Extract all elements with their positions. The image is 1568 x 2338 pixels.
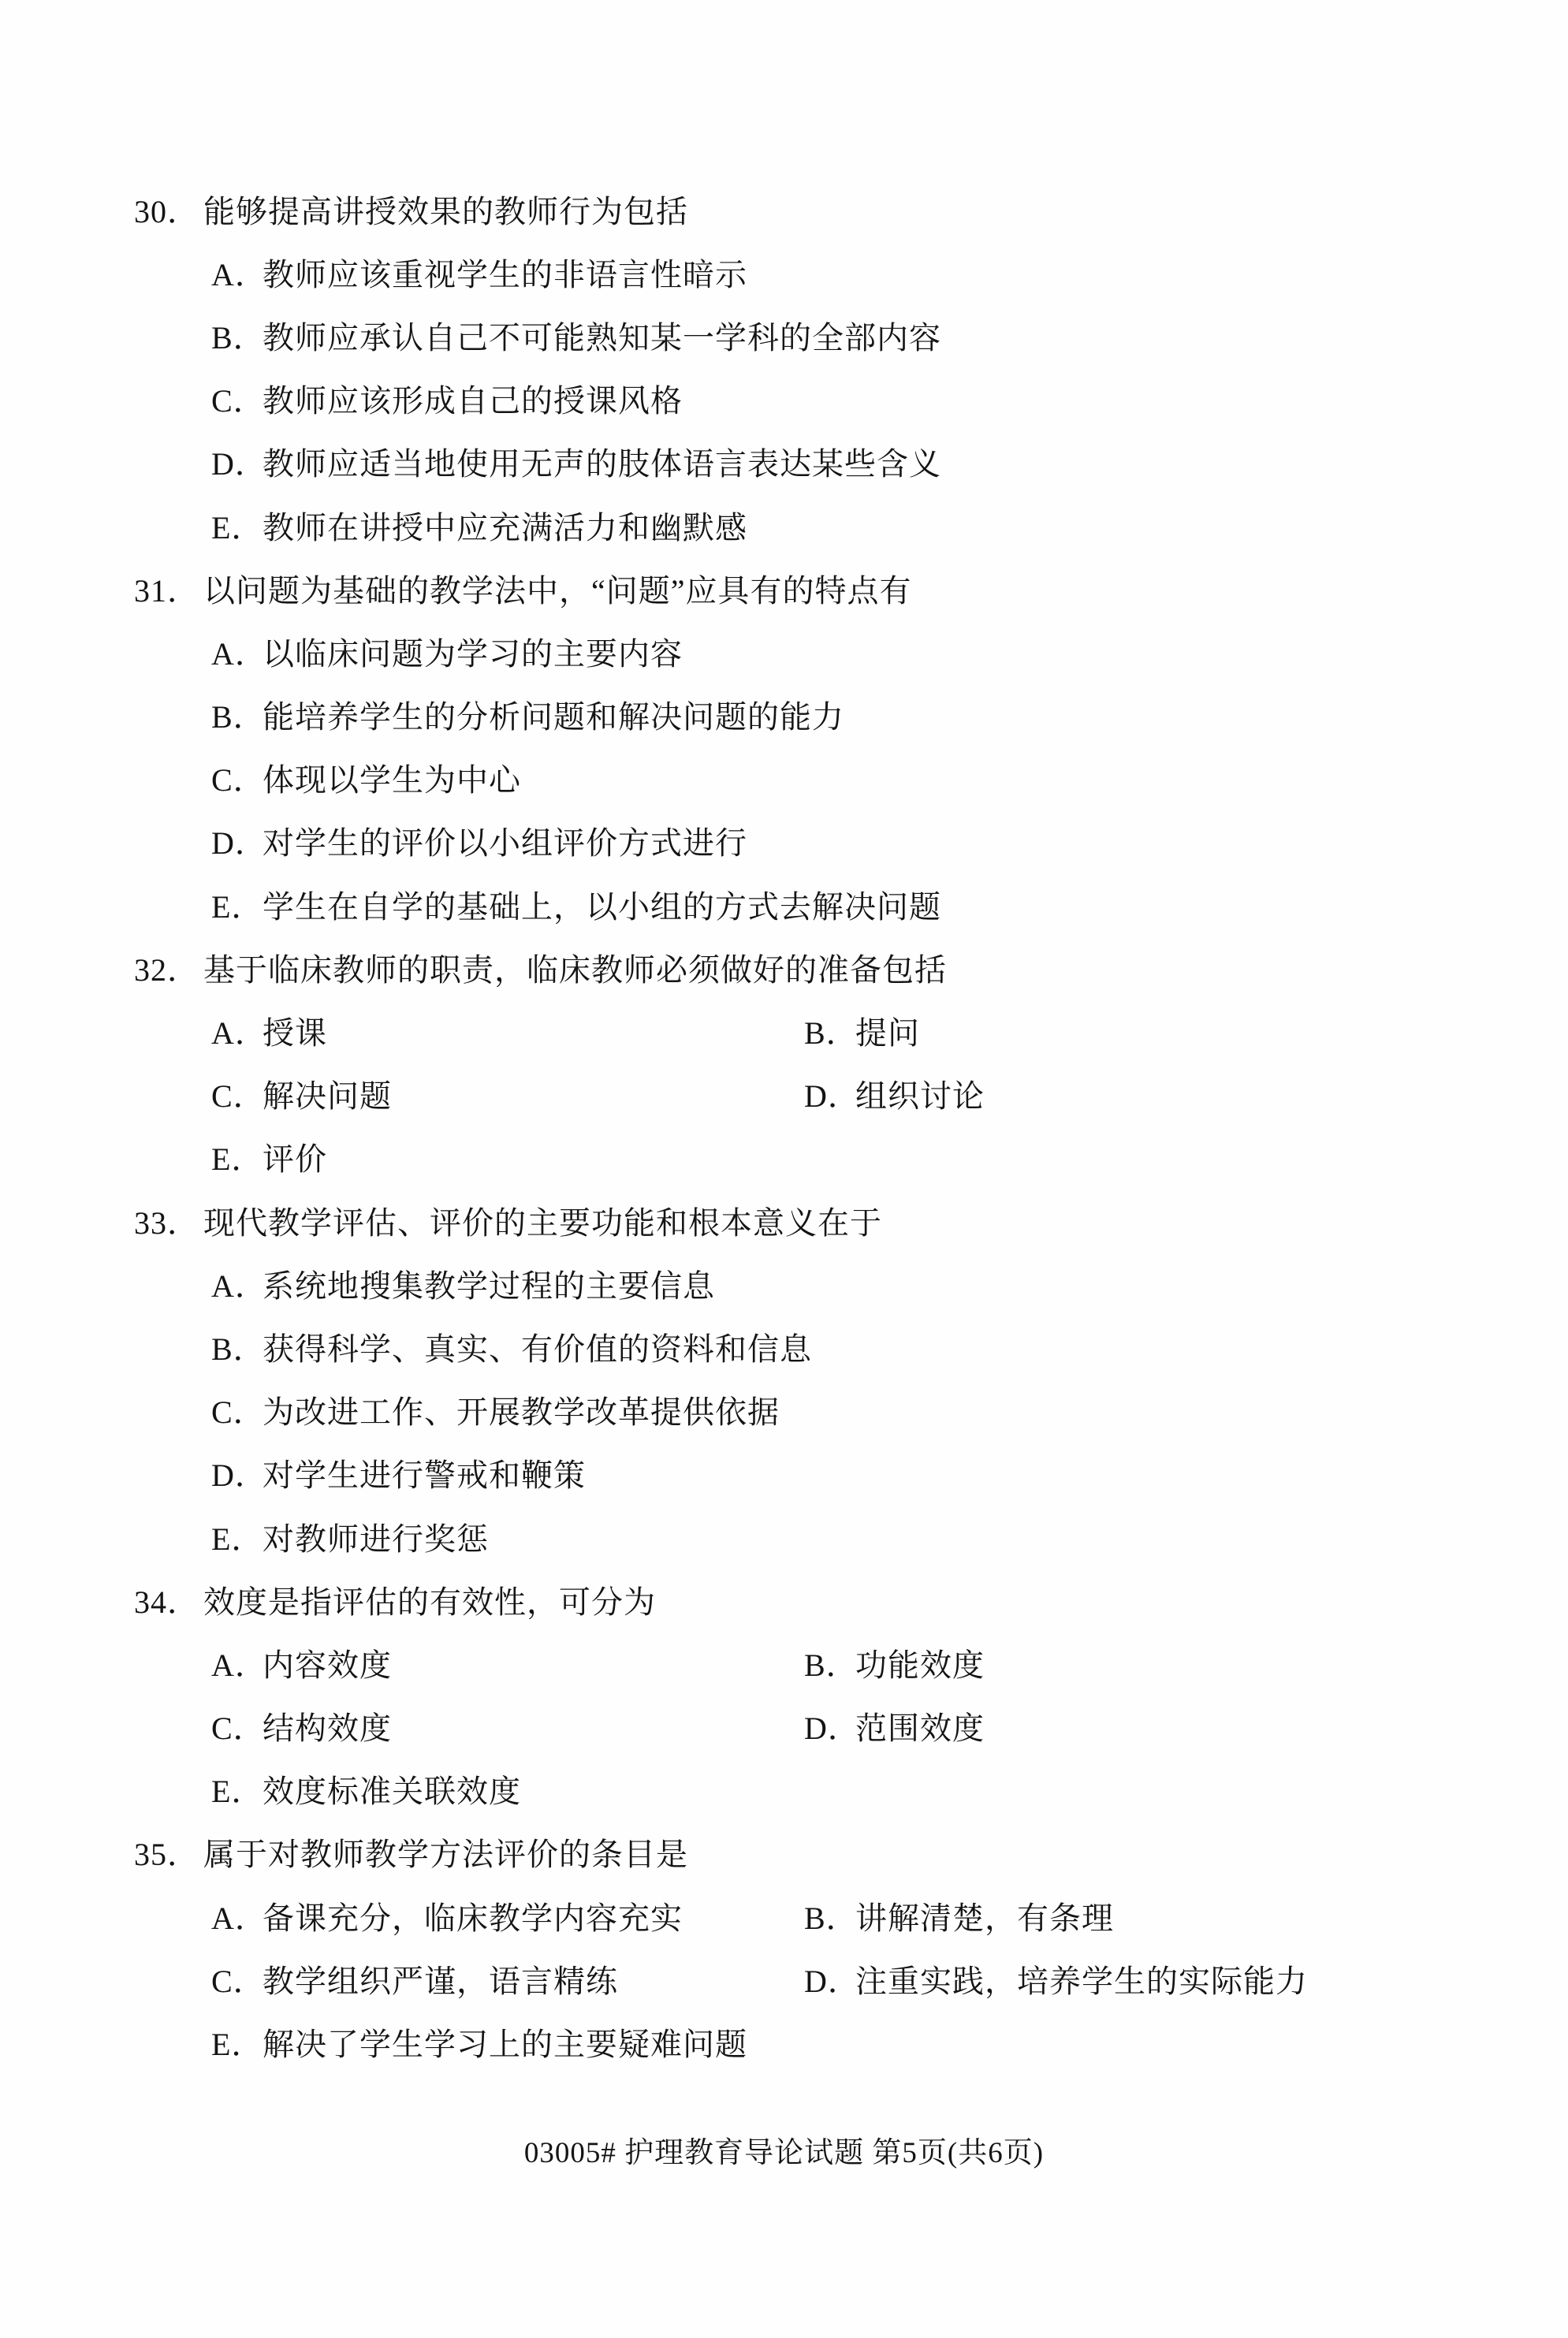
option-row: E． 学生在自学的基础上，以小组的方式去解决问题 (211, 873, 1521, 936)
option-text: 效度标准关联效度 (263, 1767, 521, 1811)
option-label: C． (211, 1956, 263, 2001)
question-title: 现代教学评估、评价的主要功能和根本意义在于 (203, 1198, 882, 1243)
question-title-row: 32． 基于临床教师的职责，临床教师必须做好的准备包括 (134, 936, 1521, 999)
option-row: B． 获得科学、真实、有价值的资料和信息 (211, 1315, 1521, 1378)
question-title: 基于临床教师的职责，临床教师必须做好的准备包括 (203, 945, 947, 990)
option-row: A． 教师应该重视学生的非语言性暗示 (211, 240, 1521, 303)
option-row: A． 以临床问题为学习的主要内容 (211, 620, 1521, 683)
question-33: 33． 现代教学评估、评价的主要功能和根本意义在于 A． 系统地搜集教学过程的主… (134, 1189, 1521, 1568)
question-32: 32． 基于临床教师的职责，临床教师必须做好的准备包括 A． 授课 B． 提问 … (134, 936, 1521, 1189)
option-text: 提问 (855, 1008, 920, 1053)
option-text: 讲解清楚，有条理 (855, 1893, 1114, 1938)
option-text: 教师应承认自己不可能熟知某一学科的全部内容 (263, 313, 941, 358)
option-label: D． (211, 818, 263, 863)
option-label: E． (211, 882, 263, 927)
option: C． 结构效度 (211, 1703, 804, 1748)
option: C． 教学组织严谨，语言精练 (211, 1956, 804, 2001)
question-35: 35． 属于对教师教学方法评价的条目是 A． 备课充分，临床教学内容充实 B． … (134, 1821, 1521, 2074)
option-row: A． 系统地搜集教学过程的主要信息 (211, 1252, 1521, 1315)
option-text: 系统地搜集教学过程的主要信息 (263, 1261, 715, 1306)
option-row: C． 教学组织严谨，语言精练 D． 注重实践，培养学生的实际能力 (211, 1947, 1521, 2010)
option-text: 范围效度 (855, 1703, 985, 1748)
option-row: D． 教师应适当地使用无声的肢体语言表达某些含义 (211, 430, 1521, 493)
option-text: 教师应适当地使用无声的肢体语言表达某些含义 (263, 439, 941, 484)
option-label: A． (211, 629, 263, 674)
option-text: 功能效度 (855, 1640, 985, 1685)
option-label: C． (211, 1703, 263, 1748)
option-row: B． 教师应承认自己不可能熟知某一学科的全部内容 (211, 303, 1521, 367)
option-row: E． 评价 (211, 1126, 1521, 1189)
option-row: E． 解决了学生学习上的主要疑难问题 (211, 2010, 1521, 2073)
option-row: E． 效度标准关联效度 (211, 1758, 1521, 1821)
option-text: 以临床问题为学习的主要内容 (263, 629, 683, 674)
option: A． 备课充分，临床教学内容充实 (211, 1893, 804, 1938)
option-label: B． (804, 1008, 855, 1053)
question-number: 31． (134, 566, 203, 611)
exam-page: 30． 能够提高讲授效果的教师行为包括 A． 教师应该重视学生的非语言性暗示 B… (0, 0, 1568, 2338)
option-text: 教师应该重视学生的非语言性暗示 (263, 250, 747, 295)
option: C． 解决问题 (211, 1071, 804, 1116)
option-label: A． (211, 1261, 263, 1306)
question-number: 30． (134, 187, 203, 232)
option-text: 为改进工作、开展教学改革提供依据 (263, 1387, 780, 1432)
option: B． 功能效度 (804, 1640, 985, 1685)
option-label: A． (211, 1640, 263, 1685)
option-text: 教师在讲授中应充满活力和幽默感 (263, 503, 747, 548)
option-label: C． (211, 755, 263, 800)
option-label: D． (211, 439, 263, 484)
option-text: 授课 (263, 1008, 327, 1053)
option-row: E． 对教师进行奖惩 (211, 1505, 1521, 1568)
option-label: E． (211, 1514, 263, 1559)
option: D． 组织讨论 (804, 1071, 985, 1116)
option-label: E． (211, 1134, 263, 1179)
option-text: 能培养学生的分析问题和解决问题的能力 (263, 692, 844, 737)
option-label: E． (211, 503, 263, 548)
option: A． 授课 (211, 1008, 804, 1053)
question-title-row: 33． 现代教学评估、评价的主要功能和根本意义在于 (134, 1189, 1521, 1252)
option-label: D． (804, 1956, 855, 2001)
option-text: 评价 (263, 1134, 327, 1179)
option-label: C． (211, 1387, 263, 1432)
option-label: E． (211, 1767, 263, 1811)
option-text: 对学生进行警戒和鞭策 (263, 1450, 586, 1495)
option-text: 教师应该形成自己的授课风格 (263, 376, 683, 421)
option: B． 提问 (804, 1008, 920, 1053)
option-label: C． (211, 376, 263, 421)
footer-text: 03005# 护理教育导论试题 第5页(共6页) (524, 2137, 1044, 2169)
option-row: C． 解决问题 D． 组织讨论 (211, 1063, 1521, 1126)
option: D． 注重实践，培养学生的实际能力 (804, 1956, 1308, 2001)
option-label: E． (211, 2020, 263, 2064)
option-label: A． (211, 1893, 263, 1938)
option-text: 备课充分，临床教学内容充实 (263, 1893, 683, 1938)
option: A． 内容效度 (211, 1640, 804, 1685)
option: D． 范围效度 (804, 1703, 985, 1748)
question-title-row: 35． 属于对教师教学方法评价的条目是 (134, 1821, 1521, 1884)
option-text: 组织讨论 (855, 1071, 985, 1116)
option-row: C． 体现以学生为中心 (211, 746, 1521, 810)
option-row: E． 教师在讲授中应充满活力和幽默感 (211, 493, 1521, 557)
option-text: 体现以学生为中心 (263, 755, 521, 800)
option-row: C． 结构效度 D． 范围效度 (211, 1695, 1521, 1758)
option-row: A． 内容效度 B． 功能效度 (211, 1631, 1521, 1694)
question-31: 31． 以问题为基础的教学法中，“问题”应具有的特点有 A． 以临床问题为学习的… (134, 557, 1521, 936)
option-text: 学生在自学的基础上，以小组的方式去解决问题 (263, 882, 941, 927)
question-title-row: 31． 以问题为基础的教学法中，“问题”应具有的特点有 (134, 557, 1521, 620)
option-text: 对学生的评价以小组评价方式进行 (263, 818, 747, 863)
option-label: D． (804, 1071, 855, 1116)
question-number: 34． (134, 1577, 203, 1622)
option-text: 解决问题 (263, 1071, 392, 1116)
question-34: 34． 效度是指评估的有效性，可分为 A． 内容效度 B． 功能效度 C． 结构… (134, 1568, 1521, 1821)
question-title-row: 34． 效度是指评估的有效性，可分为 (134, 1568, 1521, 1631)
question-title: 以问题为基础的教学法中，“问题”应具有的特点有 (203, 566, 912, 611)
question-title: 能够提高讲授效果的教师行为包括 (203, 187, 688, 232)
option-row: B． 能培养学生的分析问题和解决问题的能力 (211, 683, 1521, 746)
question-list: 30． 能够提高讲授效果的教师行为包括 A． 教师应该重视学生的非语言性暗示 B… (134, 177, 1521, 2074)
option-text: 内容效度 (263, 1640, 392, 1685)
option-label: D． (211, 1450, 263, 1495)
option-row: C． 为改进工作、开展教学改革提供依据 (211, 1379, 1521, 1442)
question-30: 30． 能够提高讲授效果的教师行为包括 A． 教师应该重视学生的非语言性暗示 B… (134, 177, 1521, 557)
option-label: C． (211, 1071, 263, 1116)
question-title: 效度是指评估的有效性，可分为 (203, 1577, 656, 1622)
question-title: 属于对教师教学方法评价的条目是 (203, 1830, 688, 1874)
question-number: 33． (134, 1198, 203, 1243)
page-footer: 03005# 护理教育导论试题 第5页(共6页) (0, 2128, 1568, 2171)
question-title-row: 30． 能够提高讲授效果的教师行为包括 (134, 177, 1521, 240)
option-label: B． (211, 692, 263, 737)
option-label: A． (211, 250, 263, 295)
option-row: D． 对学生进行警戒和鞭策 (211, 1442, 1521, 1505)
option-text: 结构效度 (263, 1703, 392, 1748)
question-number: 35． (134, 1830, 203, 1874)
option-row: C． 教师应该形成自己的授课风格 (211, 367, 1521, 430)
option-row: A． 备课充分，临床教学内容充实 B． 讲解清楚，有条理 (211, 1884, 1521, 1947)
option-label: D． (804, 1703, 855, 1748)
option-label: B． (804, 1893, 855, 1938)
option-label: B． (804, 1640, 855, 1685)
option-text: 教学组织严谨，语言精练 (263, 1956, 618, 2001)
option-row: A． 授课 B． 提问 (211, 999, 1521, 1062)
option-label: B． (211, 313, 263, 358)
option-label: B． (211, 1324, 263, 1369)
option-text: 解决了学生学习上的主要疑难问题 (263, 2020, 747, 2064)
question-number: 32． (134, 945, 203, 990)
option-text: 对教师进行奖惩 (263, 1514, 489, 1559)
option-text: 注重实践，培养学生的实际能力 (855, 1956, 1308, 2001)
option-label: A． (211, 1008, 263, 1053)
option: B． 讲解清楚，有条理 (804, 1893, 1114, 1938)
option-text: 获得科学、真实、有价值的资料和信息 (263, 1324, 812, 1369)
option-row: D． 对学生的评价以小组评价方式进行 (211, 810, 1521, 873)
